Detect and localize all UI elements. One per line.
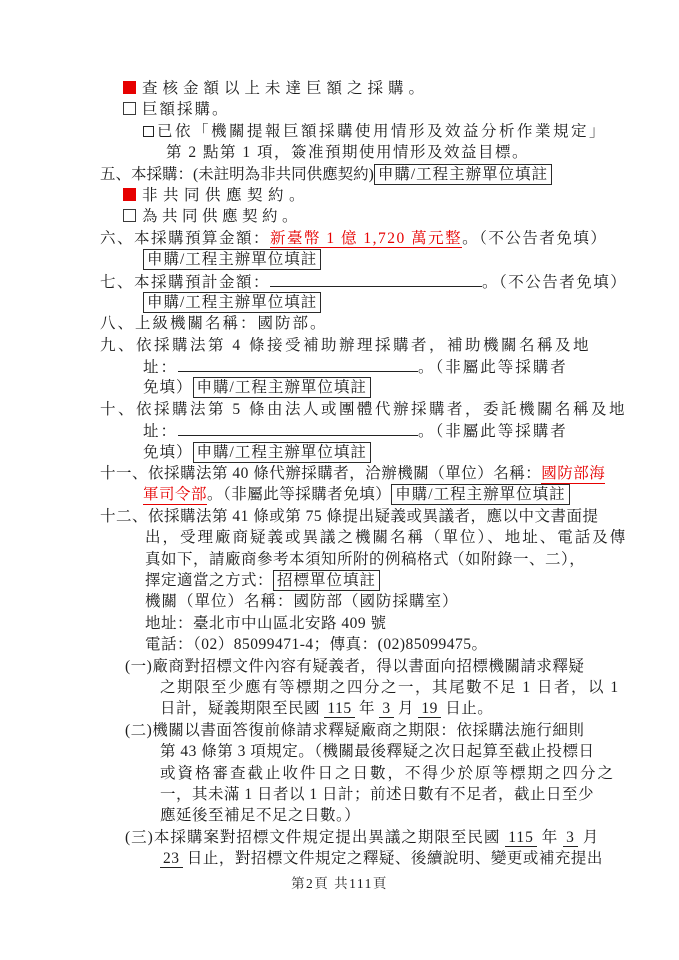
underlined-date: 19: [418, 700, 441, 718]
red-filled-value: 軍司令部: [143, 486, 207, 505]
boxed-annotation: 申購/工程主辦單位填註: [193, 377, 371, 398]
line-text: (三)本採購案對招標文件規定提出異議之期限至民國: [125, 829, 505, 846]
line-text: 電話：（02）85099471-4；傳真：(02)85099475。: [145, 636, 488, 653]
blank-field: [178, 356, 418, 372]
line-text: 。（不公告者免填）: [462, 230, 607, 247]
document-line: 之期限至少應有等標期之四分之一，其尾數不足 1 日者，以 1: [100, 677, 600, 698]
underlined-date: 115: [505, 829, 537, 847]
line-text: 九、依採購法第 4 條接受補助辦理採購者，補助機關名稱及地: [100, 337, 591, 354]
document-line: 巨額採購。: [100, 99, 600, 120]
document-line: 軍司令部。（非屬此等採購者免填）申購/工程主辦單位填註: [100, 484, 600, 505]
document-line: 電話：（02）85099471-4；傳真：(02)85099475。: [100, 634, 600, 655]
underlined-date: 3: [379, 700, 393, 718]
document-line: 真如下，請廠商參考本須知所附的例稿格式（如附錄一、二），: [100, 549, 600, 570]
blank-field: [270, 271, 482, 287]
checkbox-unchecked-icon: [123, 209, 136, 222]
line-text: 。（不公告者免填）: [482, 274, 627, 291]
document-line: 應延後至補足不足之日數。）: [100, 805, 600, 826]
line-text: 八、上級機關名稱：國防部。: [100, 315, 328, 332]
document-line: 五、本採購：(未註明為非共同供應契約)申購/工程主辦單位填註: [100, 164, 600, 185]
document-line: 六、本採購預算金額：新臺幣 1 億 1,720 萬元整。（不公告者免填）: [100, 228, 600, 249]
line-text: 之期限至少應有等標期之四分之一，其尾數不足 1 日者，以 1: [160, 679, 620, 696]
line-text: (二)機關以書面答復前條請求釋疑廠商之期限：依採購法施行細則: [125, 722, 584, 739]
line-text: 。（非屬此等採購者: [418, 359, 568, 376]
line-text: 第 43 條第 3 項規定。（機關最後釋疑之次日起算至截止投標日: [160, 743, 595, 760]
document-line: 八、上級機關名稱：國防部。: [100, 313, 600, 334]
line-text: 日止，對招標文件規定之釋疑、後續說明、變更或補充提出: [183, 850, 603, 867]
line-text: 。（非屬此等採購者免填）: [207, 486, 391, 503]
document-line: (二)機關以書面答復前條請求釋疑廠商之期限：依採購法施行細則: [100, 720, 600, 741]
document-line: 第 43 條第 3 項規定。（機關最後釋疑之次日起算至截止投標日: [100, 741, 600, 762]
document-line: 申購/工程主辦單位填註: [100, 292, 600, 313]
document-line: 已依「機關提報巨額採購使用情形及效益分析作業規定」: [100, 121, 600, 142]
boxed-annotation: 申購/工程主辦單位填註: [374, 164, 552, 185]
line-text: 一，其未滿 1 日者以 1 日計；前述日數有不足者，截止日至少: [160, 786, 594, 803]
document-line: 七、本採購預計金額：。（不公告者免填）: [100, 271, 600, 292]
blank-field: [178, 420, 418, 436]
line-text: 已依「機關提報巨額採購使用情形及效益分析作業規定」: [157, 123, 607, 140]
line-text: 第 2 點第 1 項，簽准預期使用情形及效益目標。: [166, 144, 529, 161]
line-text: 日計，疑義期限至民國: [160, 700, 324, 717]
line-text: 出，受理廠商疑義或異議之機關名稱（單位）、地址、電話及傳: [145, 529, 627, 546]
document-page: 查核金額以上未達巨額之採購。巨額採購。已依「機關提報巨額採購使用情形及效益分析作…: [0, 0, 679, 960]
underlined-date: 23: [160, 850, 183, 868]
line-text: 月: [578, 829, 599, 846]
line-text: 地址：臺北市中山區北安路 409 號: [145, 615, 387, 632]
line-text: 應延後至補足不足之日數。）: [160, 807, 360, 824]
document-line: 免填）申購/工程主辦單位填註: [100, 442, 600, 463]
document-line: 日計，疑義期限至民國 115 年 3 月 19 日止。: [100, 698, 600, 719]
boxed-annotation: 申購/工程主辦單位填註: [391, 484, 569, 505]
document-line: 九、依採購法第 4 條接受補助辦理採購者，補助機關名稱及地: [100, 335, 600, 356]
document-line: 址：。（非屬此等採購者: [100, 420, 600, 441]
boxed-annotation: 申購/工程主辦單位填註: [193, 442, 371, 463]
red-filled-value: 新臺幣 1 億 1,720 萬元整: [270, 230, 462, 249]
underlined-date: 115: [324, 700, 354, 718]
document-line: 非共同供應契約。: [100, 185, 600, 206]
underlined-date: 3: [563, 829, 578, 847]
red-filled-value: 國防部海: [541, 465, 605, 484]
line-text: 真如下，請廠商參考本須知所附的例稿格式（如附錄一、二），: [145, 551, 585, 568]
page-footer: 第2頁 共111頁: [0, 872, 679, 892]
line-text: 查核金額以上未達巨額之採購。: [142, 80, 429, 97]
line-text: 五、本採購：(未註明為非共同供應契約): [100, 166, 374, 183]
document-line: 23 日止，對招標文件規定之釋疑、後續說明、變更或補充提出: [100, 848, 600, 869]
line-text: 址：: [143, 359, 178, 376]
document-line: 查核金額以上未達巨額之採購。: [100, 78, 600, 99]
checkbox-unchecked-icon: [123, 102, 136, 115]
document-line: 機關（單位）名稱：國防部（國防採購室）: [100, 591, 600, 612]
document-line: 免填）申購/工程主辦單位填註: [100, 377, 600, 398]
line-text: 年: [537, 829, 563, 846]
line-text: 六、本採購預算金額：: [100, 230, 270, 247]
line-text: 日止。: [441, 700, 493, 717]
line-text: 十一、依採購法第 40 條代辦採購者，洽辦機關（單位）名稱：: [100, 465, 541, 482]
document-line: (一)廠商對招標文件內容有疑義者，得以書面向招標機關請求釋疑: [100, 656, 600, 677]
document-line: 第 2 點第 1 項，簽准預期使用情形及效益目標。: [100, 142, 600, 163]
document-line: (三)本採購案對招標文件規定提出異議之期限至民國 115 年 3 月: [100, 827, 600, 848]
boxed-annotation: 招標單位填註: [273, 570, 380, 591]
line-text: 機關（單位）名稱：國防部（國防採購室）: [145, 593, 459, 610]
checkbox-checked-icon: [123, 81, 136, 94]
document-line: 出，受理廠商疑義或異議之機關名稱（單位）、地址、電話及傳: [100, 527, 600, 548]
line-text: 年: [355, 700, 380, 717]
document-line: 地址：臺北市中山區北安路 409 號: [100, 613, 600, 634]
document-line: 一，其未滿 1 日者以 1 日計；前述日數有不足者，截止日至少: [100, 784, 600, 805]
line-text: 七、本採購預計金額：: [100, 274, 270, 291]
line-text: 擇定適當之方式：: [145, 572, 273, 589]
document-line: 十二、依採購法第 41 條或第 75 條提出疑義或異議者，應以中文書面提: [100, 506, 600, 527]
checkbox-checked-icon: [123, 188, 136, 201]
line-text: 免填）: [143, 379, 193, 396]
line-text: 免填）: [143, 444, 193, 461]
boxed-annotation: 申購/工程主辦單位填註: [143, 249, 321, 270]
boxed-annotation: 申購/工程主辦單位填註: [143, 292, 321, 313]
line-text: 巨額採購。: [142, 101, 230, 118]
line-text: 十、依採購法第 5 條由法人或團體代辦採購者，委託機關名稱及地: [100, 401, 627, 418]
checkbox-small-icon: [143, 126, 154, 137]
document-line: 擇定適當之方式：招標單位填註: [100, 570, 600, 591]
line-text: 十二、依採購法第 41 條或第 75 條提出疑義或異議者，應以中文書面提: [100, 508, 599, 525]
document-line: 址：。（非屬此等採購者: [100, 356, 600, 377]
line-text: (一)廠商對招標文件內容有疑義者，得以書面向招標機關請求釋疑: [125, 658, 584, 675]
line-text: 址：: [143, 423, 178, 440]
document-line: 或資格審查截止收件日之日數，不得少於原等標期之四分之: [100, 763, 600, 784]
document-line: 為共同供應契約。: [100, 206, 600, 227]
document-line: 十一、依採購法第 40 條代辦採購者，洽辦機關（單位）名稱：國防部海: [100, 463, 600, 484]
line-text: 非共同供應契約。: [142, 187, 310, 204]
document-body: 查核金額以上未達巨額之採購。巨額採購。已依「機關提報巨額採購使用情形及效益分析作…: [100, 78, 600, 869]
document-line: 申購/工程主辦單位填註: [100, 249, 600, 270]
line-text: 為共同供應契約。: [142, 208, 302, 225]
line-text: 月: [394, 700, 419, 717]
line-text: 。（非屬此等採購者: [418, 423, 568, 440]
document-line: 十、依採購法第 5 條由法人或團體代辦採購者，委託機關名稱及地: [100, 399, 600, 420]
line-text: 或資格審查截止收件日之日數，不得少於原等標期之四分之: [160, 765, 615, 782]
